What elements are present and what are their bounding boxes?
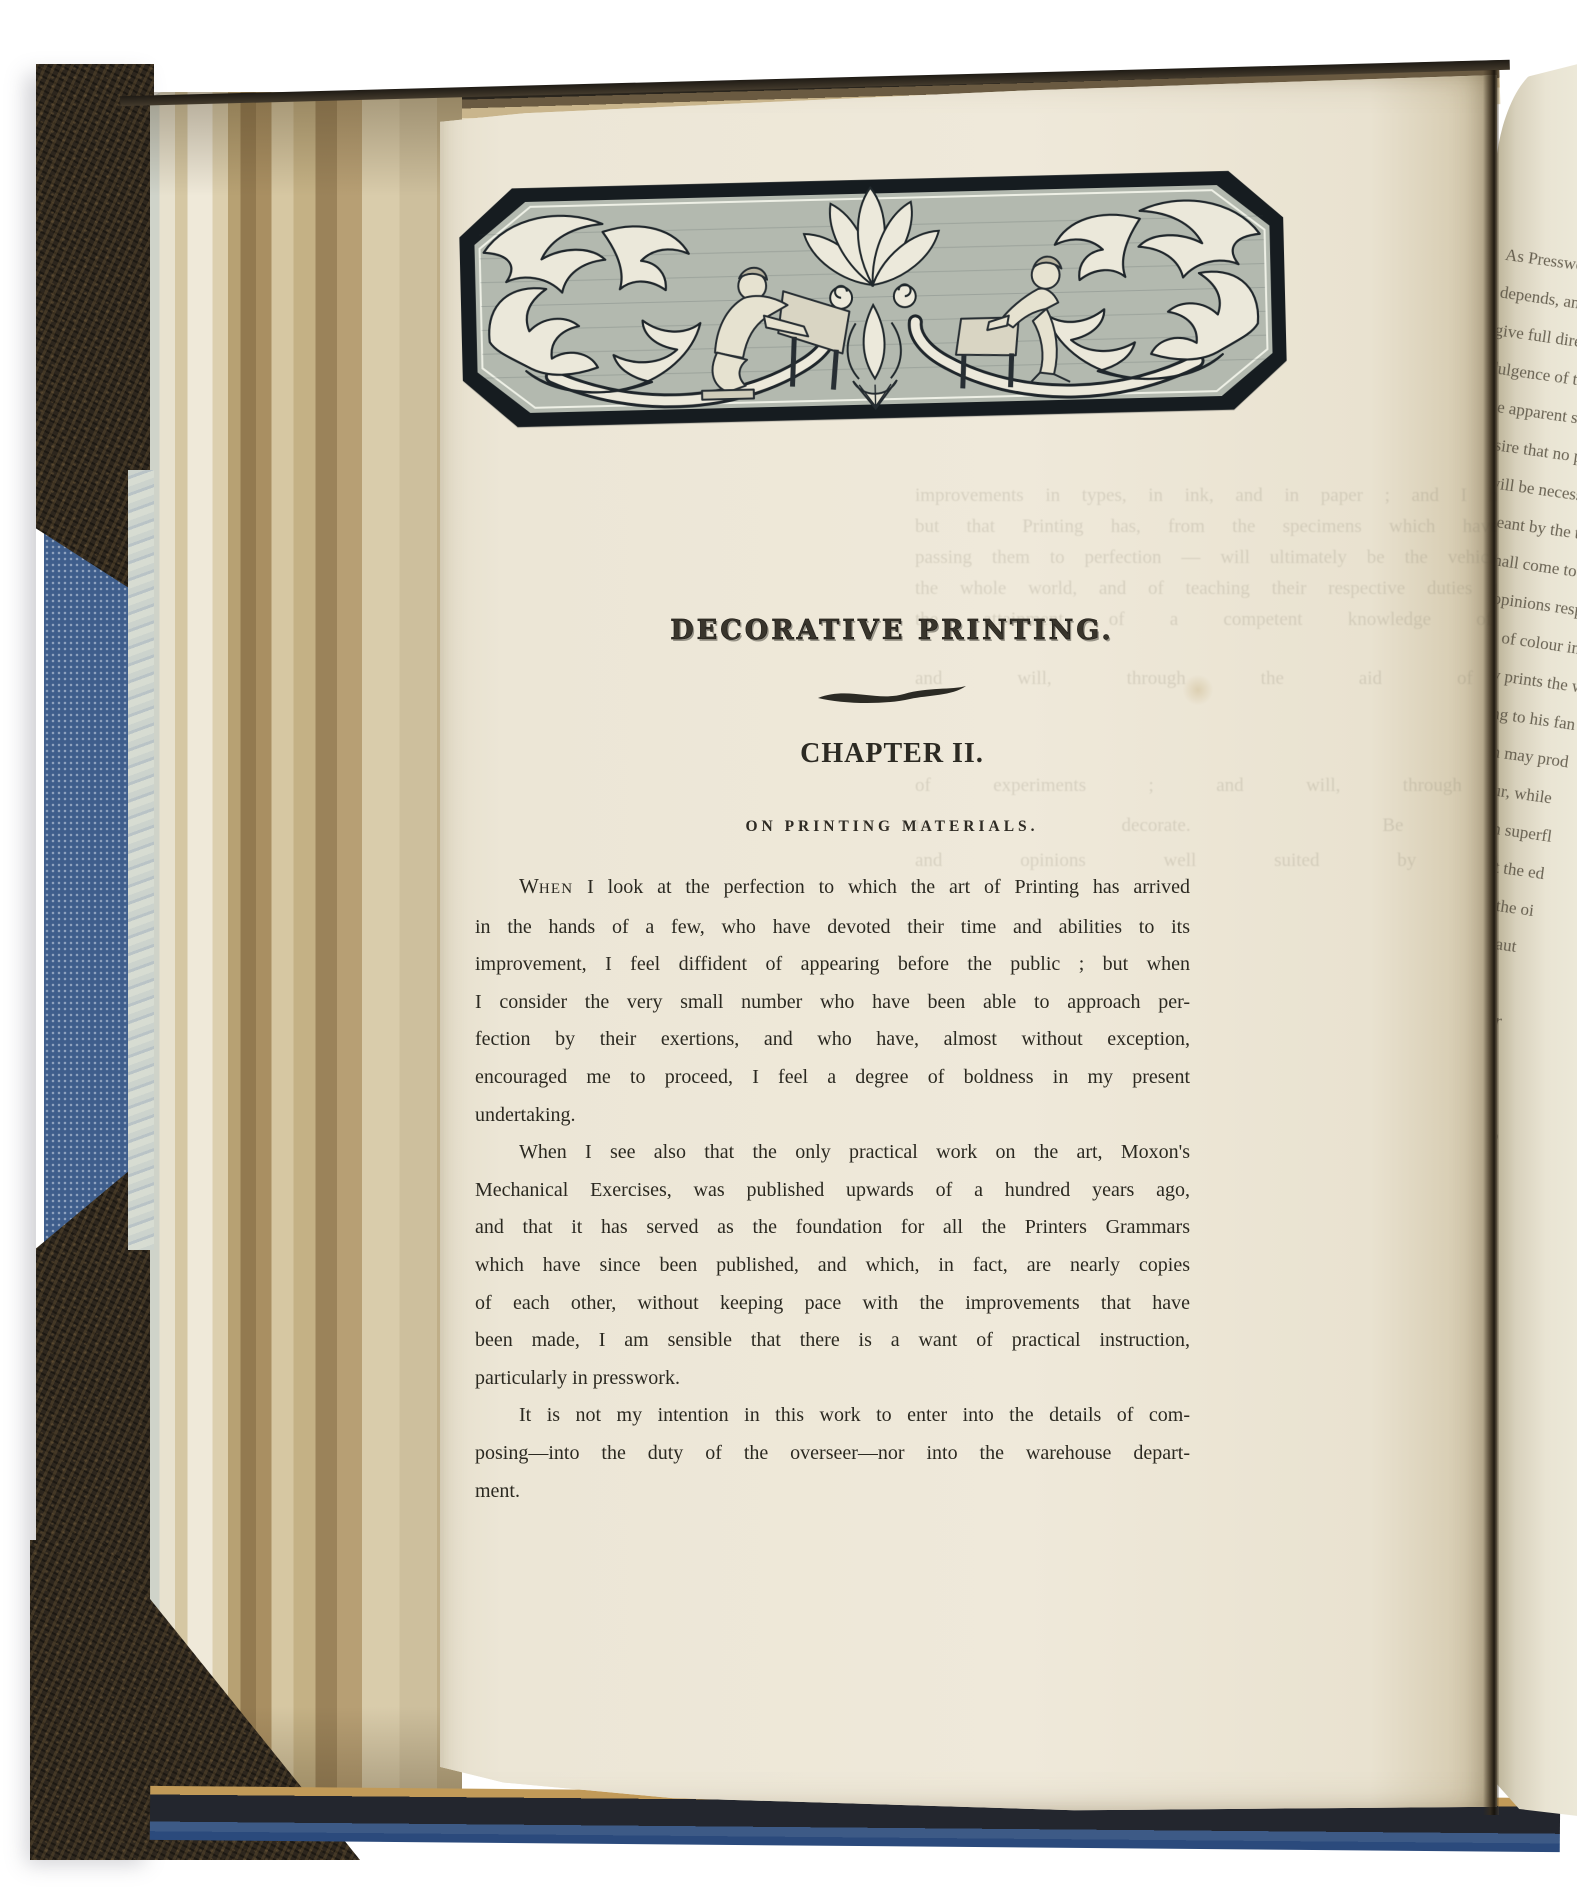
chapter-heading: CHAPTER II. [532,738,1252,770]
body-line: which have since been published, and whi… [475,1247,1190,1285]
ghost-text-line: and will, through the aid of experience [915,668,1577,690]
paragraph: It is not my intention in this work to e… [475,1397,1190,1510]
body-line: I consider the very small number who hav… [475,984,1190,1022]
body-line: posing—into the duty of the overseer—nor… [475,1435,1190,1473]
body-text: WHEN I look at the perfection to which t… [475,868,1190,1510]
body-line: ment. [475,1473,1190,1511]
section-heading: ON PRINTING MATERIALS. [532,818,1252,836]
headpiece-engraving [452,163,1294,435]
facing-page-text: As Presswork is adepends, and as I belgi… [1494,236,1577,1514]
body-line: undertaking. [475,1097,1190,1135]
marbled-paper-strip [128,470,154,1250]
ghost-text-line: passing them to perfection — will ultima… [915,547,1577,569]
ghost-text-line: of experiments ; and will, through the a… [915,775,1577,797]
photo-of-open-book: { "colors": { "page_cream": "#ece6d6", "… [0,0,1577,1890]
body-line: fection by their exertions, and who have… [475,1021,1190,1059]
page-title: DECORATIVE PRINTING. [532,615,1252,646]
fore-edge-page-stack [150,92,462,1828]
ghost-text-line: improvements in types, in ink, and in pa… [915,485,1577,507]
body-line: When I see also that the only practical … [475,1134,1190,1172]
body-line: and that it has served as the foundation… [475,1209,1190,1247]
ghost-text-line: the whole world, and of teaching their r… [915,578,1577,600]
paragraph: WHEN I look at the perfection to which t… [475,868,1190,1134]
body-line: Mechanical Exercises, was published upwa… [475,1172,1190,1210]
body-line: WHEN I look at the perfection to which t… [475,868,1190,909]
body-line: of each other, without keeping pace with… [475,1285,1190,1323]
body-line: particularly in presswork. [475,1360,1190,1398]
body-line: been made, I am sensible that there is a… [475,1322,1190,1360]
body-line: encouraged me to proceed, I feel a degre… [475,1059,1190,1097]
paragraph: When I see also that the only practical … [475,1134,1190,1397]
facing-page-partial: As Presswork is adepends, and as I belgi… [1494,64,1577,1816]
gutter-shadow [1483,70,1499,1815]
swash-ornament [812,682,972,706]
body-line: in the hands of a few, who have devoted … [475,909,1190,947]
ghost-text-line: but that Printing has, from the specimen… [915,516,1577,538]
body-line: improvement, I feel diffident of appeari… [475,946,1190,984]
body-line: It is not my intention in this work to e… [475,1397,1190,1435]
